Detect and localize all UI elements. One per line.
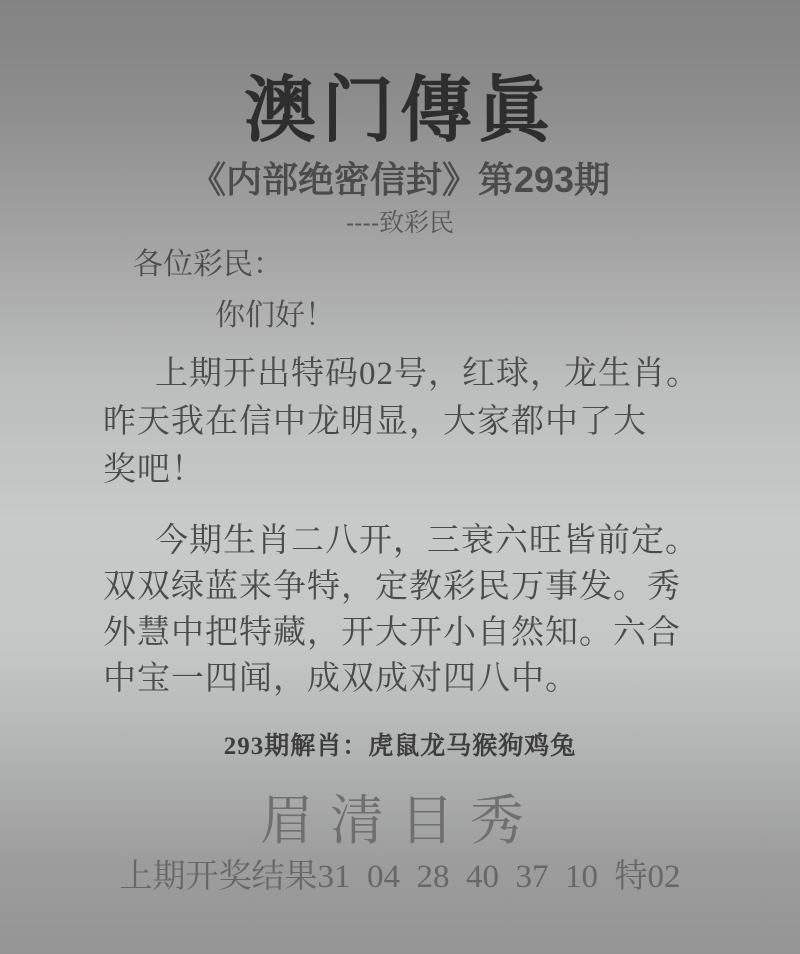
zodiac-solution-line: 293期解肖：虎鼠龙马猴狗鸡兔	[0, 726, 800, 762]
paragraph-line: 奖吧！	[103, 446, 713, 494]
paragraph-line: 昨天我在信中龙明显，大家都中了大	[103, 398, 713, 446]
paragraph-line: 外慧中把特藏，开大开小自然知。六合	[103, 610, 713, 656]
dedication-line: ----致彩民	[0, 203, 800, 239]
paragraph-line: 中宝一四闻，成双成对四八中。	[103, 656, 713, 702]
macau-fax-sheet: 澳门傳眞 《内部绝密信封》第293期 ----致彩民 各位彩民： 你们好！ 上期…	[0, 0, 800, 954]
paragraph-line: 今期生肖二八开，三衰六旺皆前定。	[103, 518, 713, 564]
paragraph-line: 上期开出特码02号，红球，龙生肖。	[103, 350, 713, 398]
paragraph-previous-result: 上期开出特码02号，红球，龙生肖。 昨天我在信中龙明显，大家都中了大 奖吧！	[103, 350, 713, 494]
page-title: 澳门傳眞	[0, 52, 800, 156]
paragraph-line: 双双绿蓝来争特，定教彩民万事发。秀	[103, 564, 713, 610]
salutation: 各位彩民：	[133, 239, 283, 283]
paragraph-hint-poem: 今期生肖二八开，三衰六旺皆前定。 双双绿蓝来争特，定教彩民万事发。秀 外慧中把特…	[103, 518, 713, 702]
issue-subtitle: 《内部绝密信封》第293期	[0, 152, 800, 203]
idiom-hint: 眉清目秀	[0, 778, 800, 855]
previous-draw-results: 上期开奖结果31 04 28 40 37 10 特02	[0, 850, 800, 897]
greeting: 你们好！	[215, 290, 335, 334]
